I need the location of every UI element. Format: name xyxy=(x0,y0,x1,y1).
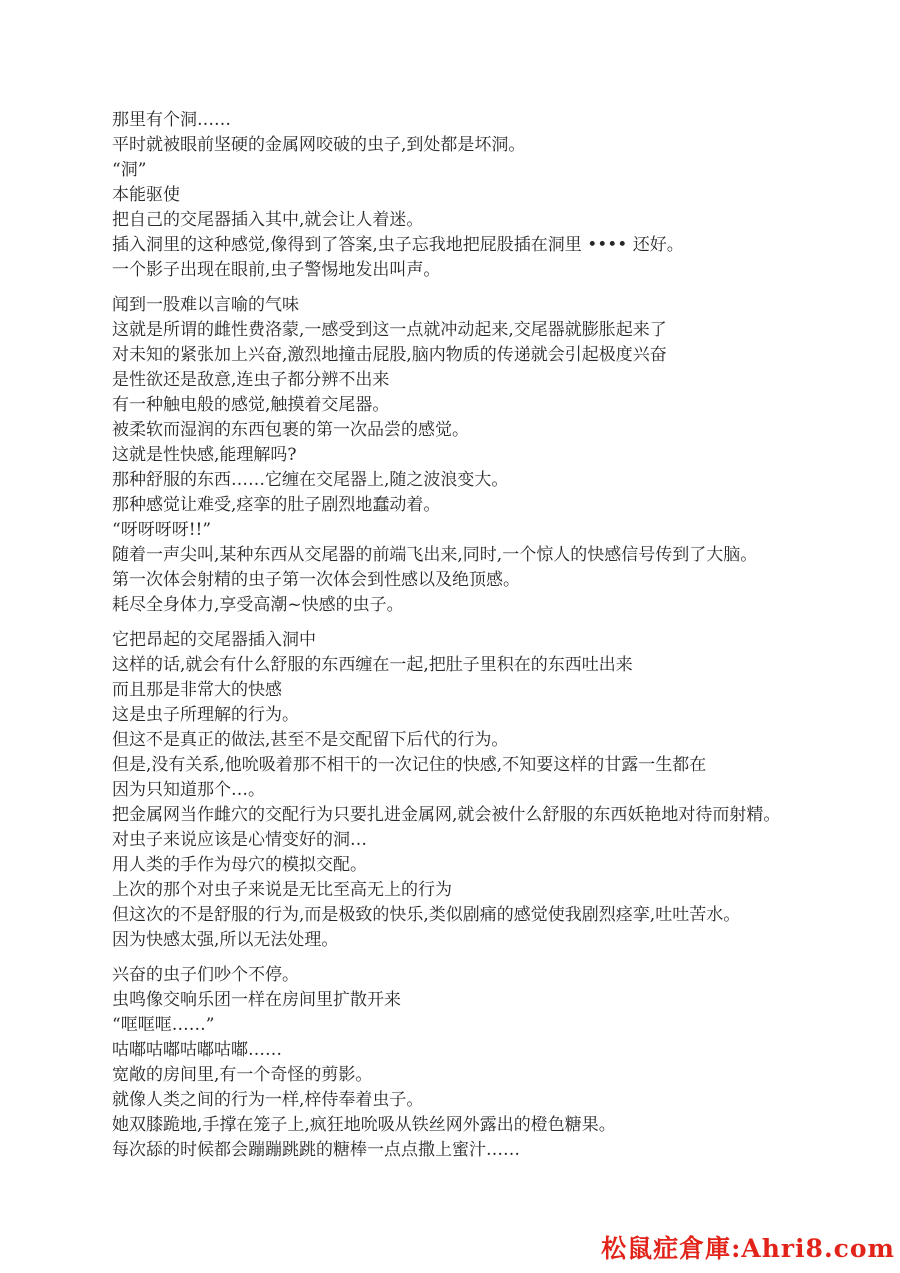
text-line: 她双膝跪地,手撑在笼子上,疯狂地吮吸从铁丝网外露出的橙色糖果。 xyxy=(112,1113,880,1138)
text-line: 但是,没有关系,他吮吸着那不相干的一次记住的快感,不知要这样的甘露一生都在 xyxy=(112,753,880,778)
text-line: 平时就被眼前坚硬的金属网咬破的虫子,到处都是坏洞。 xyxy=(112,133,880,158)
text-line: 它把昂起的交尾器插入洞中 xyxy=(112,628,880,653)
text-line: 耗尽全身体力,享受高潮~快感的虫子。 xyxy=(112,593,880,618)
text-line: 那种舒服的东西……它缠在交尾器上,随之波浪变大。 xyxy=(112,468,880,493)
text-line: 有一种触电般的感觉,触摸着交尾器。 xyxy=(112,393,880,418)
paragraph: 兴奋的虫子们吵个不停。虫鸣像交响乐团一样在房间里扩散开来“哐哐哐……”咕嘟咕嘟咕… xyxy=(112,963,880,1163)
text-line: 第一次体会射精的虫子第一次体会到性感以及绝顶感。 xyxy=(112,568,880,593)
text-line: 随着一声尖叫,某种东西从交尾器的前端飞出来,同时,一个惊人的快感信号传到了大脑。 xyxy=(112,543,880,568)
text-line: 兴奋的虫子们吵个不停。 xyxy=(112,963,880,988)
text-line: 上次的那个对虫子来说是无比至高无上的行为 xyxy=(112,878,880,903)
text-line: 这是虫子所理解的行为。 xyxy=(112,703,880,728)
document-content: 那里有个洞……平时就被眼前坚硬的金属网咬破的虫子,到处都是坏洞。“洞”本能驱使把… xyxy=(112,108,880,1163)
paragraph: 它把昂起的交尾器插入洞中这样的话,就会有什么舒服的东西缠在一起,把肚子里积在的东… xyxy=(112,628,880,953)
text-line: 因为快感太强,所以无法处理。 xyxy=(112,928,880,953)
watermark-text: 松鼠症倉庫:Ahri8.com xyxy=(601,1229,895,1265)
text-line: 就像人类之间的行为一样,梓侍奉着虫子。 xyxy=(112,1088,880,1113)
text-line: 但这不是真正的做法,甚至不是交配留下后代的行为。 xyxy=(112,728,880,753)
text-line: 把金属网当作雌穴的交配行为只要扎进金属网,就会被什么舒服的东西妖艳地对待而射精。 xyxy=(112,803,880,828)
text-line: 虫鸣像交响乐团一样在房间里扩散开来 xyxy=(112,988,880,1013)
text-line: 宽敞的房间里,有一个奇怪的剪影。 xyxy=(112,1063,880,1088)
paragraph: 闻到一股难以言喻的气味这就是所谓的雌性费洛蒙,一感受到这一点就冲动起来,交尾器就… xyxy=(112,293,880,618)
text-line: 这就是所谓的雌性费洛蒙,一感受到这一点就冲动起来,交尾器就膨胀起来了 xyxy=(112,318,880,343)
text-line: 对未知的紧张加上兴奋,激烈地撞击屁股,脑内物质的传递就会引起极度兴奋 xyxy=(112,343,880,368)
text-line: 那种感觉让难受,痉挛的肚子剧烈地蠢动着。 xyxy=(112,493,880,518)
text-line: 这就是性快感,能理解吗? xyxy=(112,443,880,468)
text-line: 插入洞里的这种感觉,像得到了答案,虫子忘我地把屁股插在洞里 •••• 还好。 xyxy=(112,233,880,258)
text-line: 被柔软而湿润的东西包裹的第一次品尝的感觉。 xyxy=(112,418,880,443)
paragraph: 那里有个洞……平时就被眼前坚硬的金属网咬破的虫子,到处都是坏洞。“洞”本能驱使把… xyxy=(112,108,880,283)
text-line: 用人类的手作为母穴的模拟交配。 xyxy=(112,853,880,878)
text-line: 咕嘟咕嘟咕嘟咕嘟…… xyxy=(112,1038,880,1063)
text-line: 是性欲还是敌意,连虫子都分辨不出来 xyxy=(112,368,880,393)
text-line: 这样的话,就会有什么舒服的东西缠在一起,把肚子里积在的东西吐出来 xyxy=(112,653,880,678)
text-line: 但这次的不是舒服的行为,而是极致的快乐,类似剧痛的感觉使我剧烈痉挛,吐吐苦水。 xyxy=(112,903,880,928)
text-line: 闻到一股难以言喻的气味 xyxy=(112,293,880,318)
text-line: 每次舔的时候都会蹦蹦跳跳的糖棒一点点撒上蜜汁…… xyxy=(112,1138,880,1163)
text-line: 把自己的交尾器插入其中,就会让人着迷。 xyxy=(112,208,880,233)
text-line: 那里有个洞…… xyxy=(112,108,880,133)
text-line: 因为只知道那个…。 xyxy=(112,778,880,803)
text-line: “洞” xyxy=(112,158,880,183)
text-line: 而且那是非常大的快感 xyxy=(112,678,880,703)
text-line: 一个影子出现在眼前,虫子警惕地发出叫声。 xyxy=(112,258,880,283)
text-line: “呀呀呀呀!!” xyxy=(112,518,880,543)
text-line: 对虫子来说应该是心情变好的洞… xyxy=(112,828,880,853)
text-line: 本能驱使 xyxy=(112,183,880,208)
text-line: “哐哐哐……” xyxy=(112,1013,880,1038)
